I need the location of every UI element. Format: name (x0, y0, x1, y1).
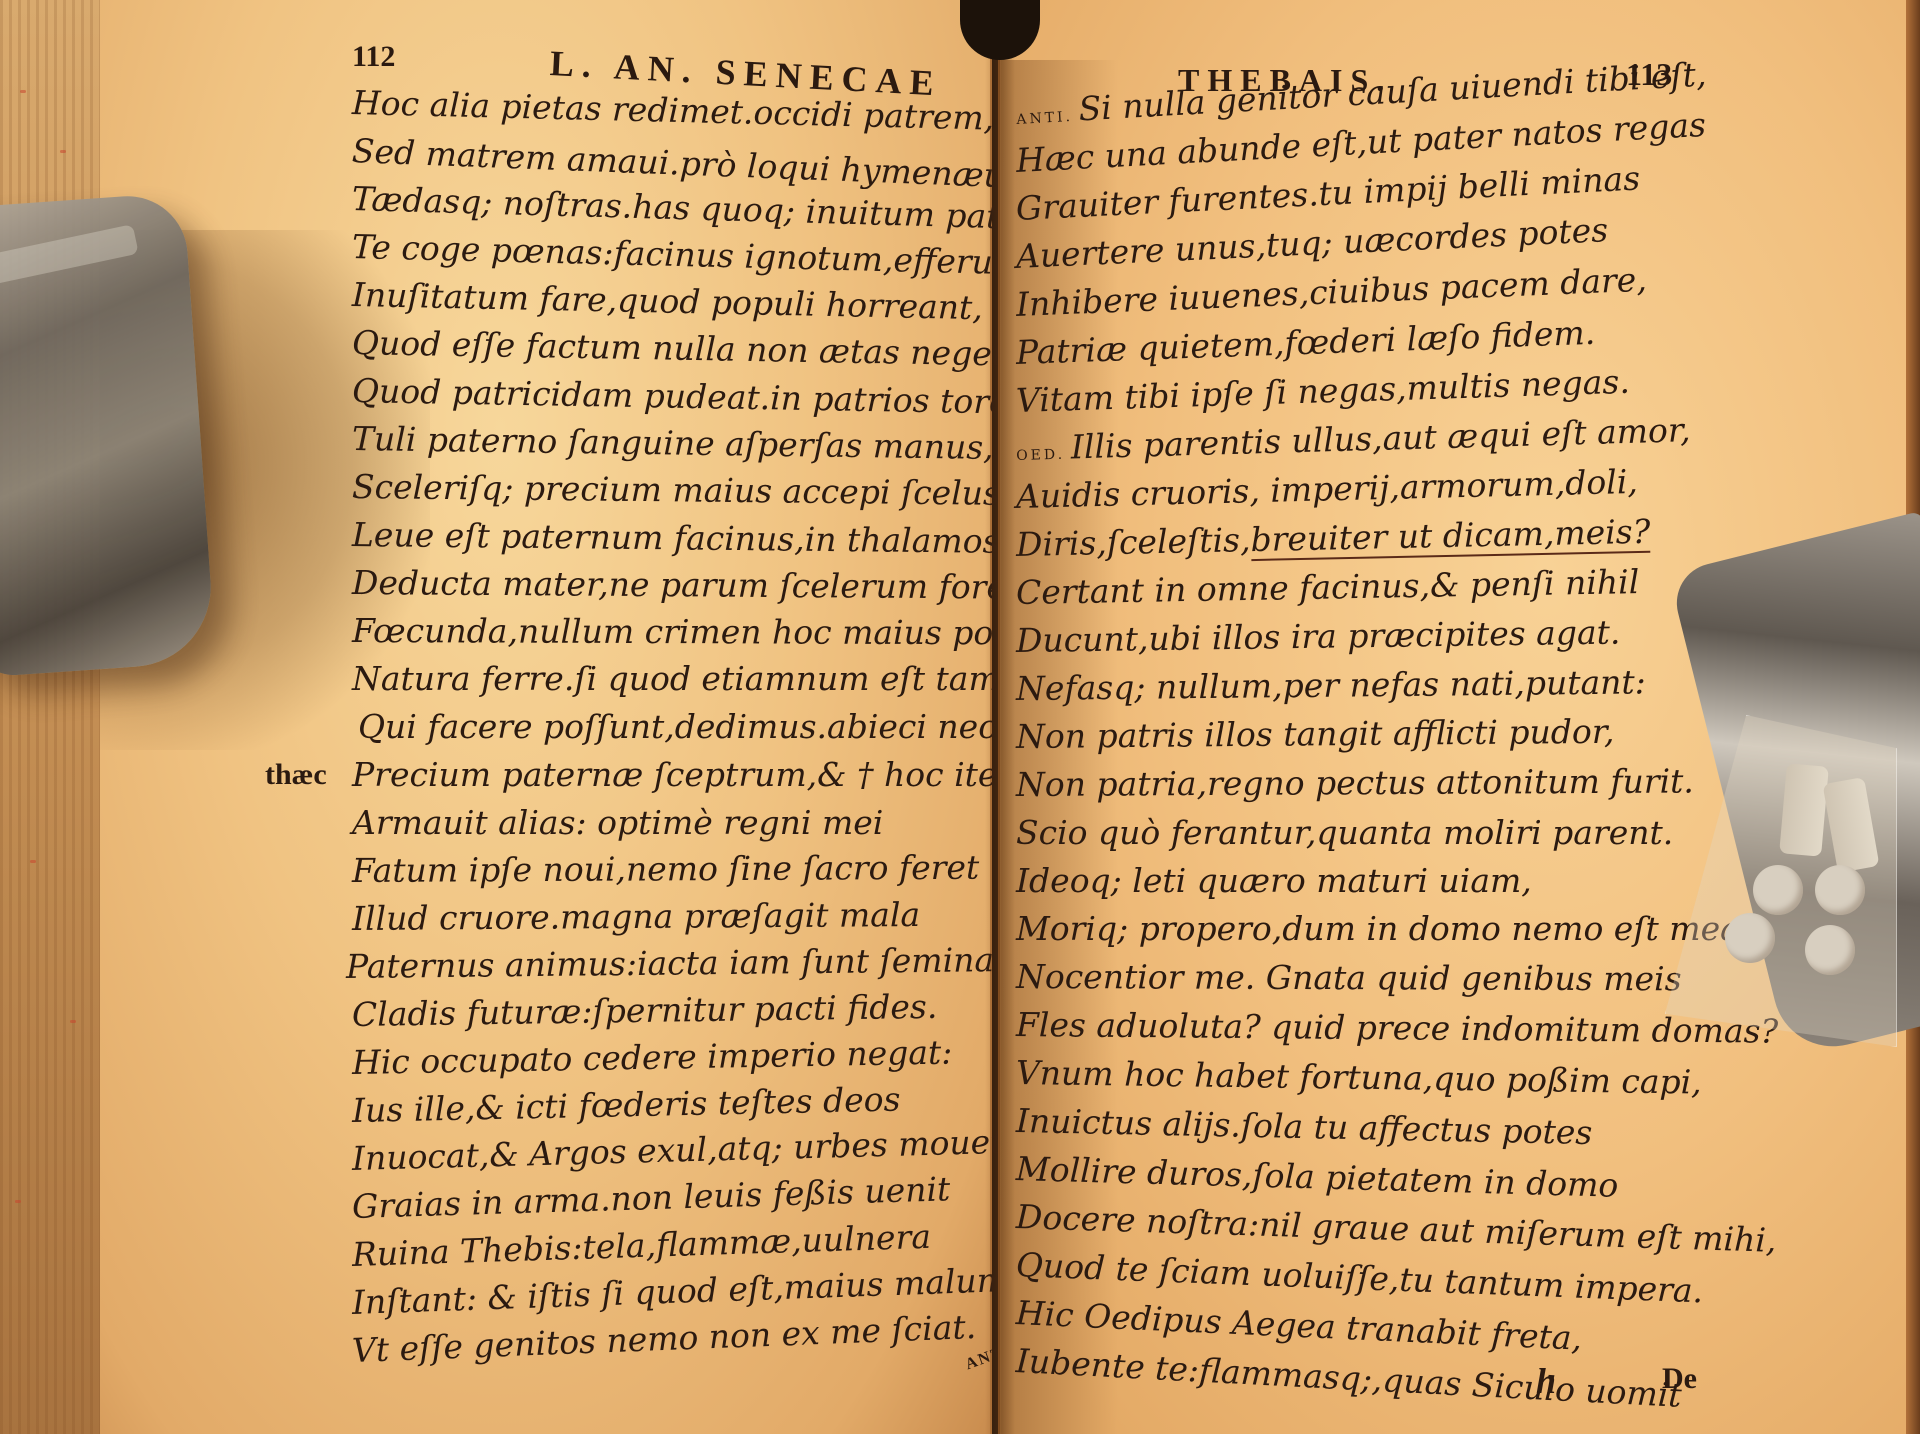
verse-line: Hic occupato cedere imperio negat: (352, 1036, 953, 1079)
verse-line: Ideoq; leti quæro maturi uiam, (1016, 864, 1532, 897)
red-fleck (15, 1200, 21, 1203)
right-catchword: De (1662, 1362, 1697, 1396)
verse-line: Qui facere poſſunt,dedimus.abieci necis (358, 710, 1024, 743)
verse-line: Fles aduoluta? quid prece indomitum doma… (1016, 1008, 1779, 1048)
book-photo: 112 L. AN. SENECAE Hoc alia pietas redim… (0, 0, 1920, 1434)
left-page-number: 112 (352, 40, 395, 74)
verse-line: Non patris illos tangit afflicti pudor, (1016, 715, 1615, 753)
cork (1815, 865, 1865, 915)
verse-line: Deducta mater,ne parum ſcelerum foret, (352, 566, 1030, 604)
underlined-phrase: breuiter ut dicam,meis? (1250, 512, 1651, 561)
gutter (985, 0, 1015, 1434)
cork (1725, 913, 1775, 963)
verse-line: Natura ferre.ſi quod etiamnum eſt tamen, (352, 662, 1051, 695)
verse-line: Fœcunda,nullum crimen hoc maius poteſt (352, 614, 1052, 649)
verse-line: Armauit alias: optimè regni mei (352, 806, 883, 839)
signature-mark: h (1536, 1360, 1556, 1402)
red-fleck (60, 150, 66, 153)
verse-line: Ducunt,ubi illos ira præcipites agat. (1016, 616, 1621, 657)
verse-line: Sceleriſq; precium maius accepi ſcelus: (352, 470, 1011, 510)
verse-line: Fatum ipſe noui,nemo ſine ſacro feret (352, 851, 979, 887)
speaker-label: ANTI. (1016, 109, 1073, 128)
cork-bag-right (1665, 535, 1920, 1055)
red-fleck (30, 860, 36, 863)
verse-line: Scio quò ferantur,quanta moliri parent. (1016, 816, 1673, 849)
verse-line: Nocentior me. Gnata quid genibus meis (1016, 960, 1682, 995)
verse-line: Tuli paterno ſanguine aſperſas manus, (352, 422, 994, 464)
verse-line: Nefasq; nullum,per nefas nati,putant: (1016, 665, 1646, 705)
verse-line: Illud cruore.magna præſagit mala (352, 898, 920, 935)
red-fleck (70, 1020, 76, 1023)
verse-line: Paternus animus:iacta iam ſunt ſemina (346, 943, 994, 983)
margin-note: thæc (265, 758, 327, 792)
cork (1805, 925, 1855, 975)
cork (1753, 865, 1803, 915)
verse-line: Moriq; propero,dum in domo nemo eſt mea (1016, 912, 1740, 945)
red-fleck (20, 90, 26, 93)
verse-line: Vnum hoc habet fortuna,quo poßim capi, (1016, 1056, 1702, 1099)
verse-line: Cladis futuræ:ſpernitur pacti fides. (352, 990, 938, 1031)
cork (1779, 763, 1829, 856)
verse-line: Certant in omne facinus,& penſi nihil (1016, 565, 1640, 609)
foil-bag-left (0, 192, 216, 678)
speaker-label: OED. (1016, 447, 1065, 464)
verse-line: Non patria,regno pectus attonitum furit. (1016, 764, 1694, 801)
